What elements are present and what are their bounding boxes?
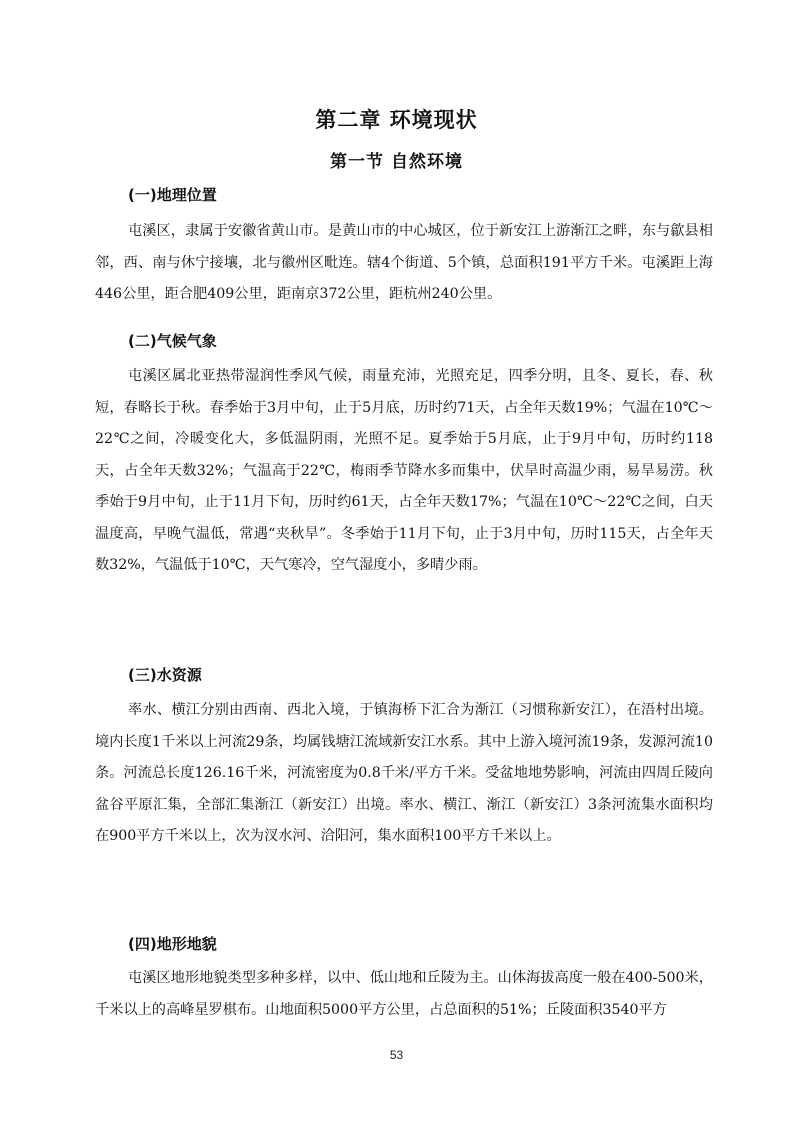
chapter-title: 第二章 环境现状	[0, 104, 793, 134]
subsection-heading-terrain: (四)地形地貌	[128, 933, 217, 954]
section-title: 第一节 自然环境	[0, 147, 793, 172]
paragraph-terrain: 屯溪区地形地貌类型多种多样，以中、低山地和丘陵为主。山体海拔高度一般在400-5…	[95, 963, 713, 1026]
page-number: 53	[0, 1048, 793, 1062]
subsection-heading-location: (一)地理位置	[128, 184, 217, 205]
paragraph-climate: 屯溪区属北亚热带湿润性季风气候，雨量充沛，光照充足，四季分明，且冬、夏长，春、秋…	[95, 361, 713, 582]
paragraph-water: 率水、横江分别由西南、西北入境，于镇海桥下汇合为渐江（习惯称新安江），在浯村出境…	[95, 695, 713, 853]
document-page: 第二章 环境现状 第一节 自然环境 (一)地理位置 屯溪区，隶属于安徽省黄山市。…	[0, 0, 793, 1122]
subsection-heading-water: (三)水资源	[128, 664, 202, 685]
subsection-heading-climate: (二)气候气象	[128, 330, 217, 351]
paragraph-location: 屯溪区，隶属于安徽省黄山市。是黄山市的中心城区，位于新安江上游渐江之畔，东与歙县…	[95, 216, 713, 311]
